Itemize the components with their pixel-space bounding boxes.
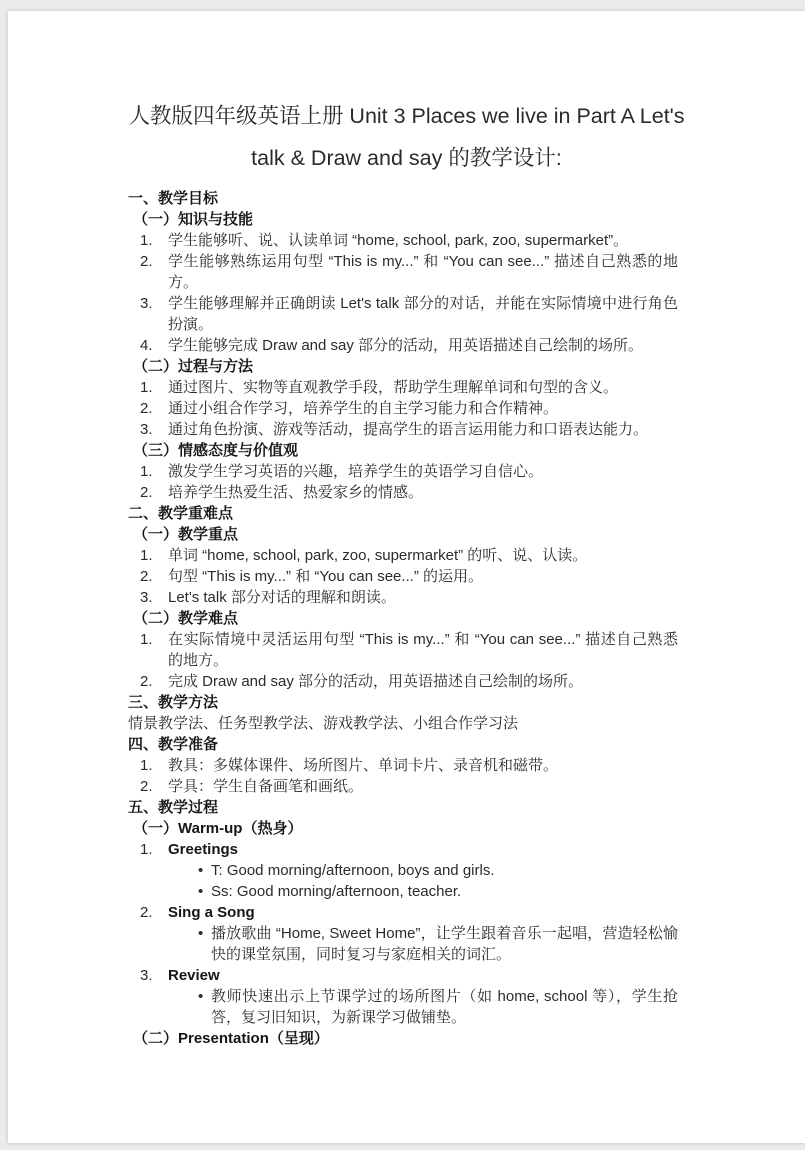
item-text: 通过角色扮演、游戏等活动，提高学生的语言运用能力和口语表达能力。: [168, 419, 678, 440]
list-number: 3.: [140, 293, 168, 335]
numbered-item: 2.学具：学生自备画笔和画纸。: [128, 776, 678, 797]
bullet-item: •T: Good morning/afternoon, boys and gir…: [128, 860, 678, 881]
list-number: 2.: [140, 566, 168, 587]
numbered-item-bold: 2.Sing a Song: [128, 902, 678, 923]
numbered-item-bold: 1.Greetings: [128, 839, 678, 860]
numbered-item: 2.培养学生热爱生活、热爱家乡的情感。: [128, 482, 678, 503]
bullet-item: •教师快速出示上节课学过的场所图片（如 home, school 等），学生抢答…: [128, 986, 678, 1028]
item-text: 通过小组合作学习，培养学生的自主学习能力和合作精神。: [168, 398, 678, 419]
list-number: 3.: [140, 587, 168, 608]
section-heading: 五、教学过程: [128, 797, 678, 818]
item-text: 单词 “home, school, park, zoo, supermarket…: [168, 545, 678, 566]
numbered-item: 1.激发学生学习英语的兴趣，培养学生的英语学习自信心。: [128, 461, 678, 482]
list-number: 3.: [140, 419, 168, 440]
list-number: 2.: [140, 398, 168, 419]
bullet-icon: •: [198, 881, 211, 902]
numbered-item-bold: 3.Review: [128, 965, 678, 986]
sub-heading: （二）教学难点: [128, 608, 678, 629]
document-page: 人教版四年级英语上册 Unit 3 Places we live in Part…: [8, 11, 805, 1143]
bullet-item: •播放歌曲 “Home, Sweet Home”，让学生跟着音乐一起唱，营造轻松…: [128, 923, 678, 965]
item-text: 培养学生热爱生活、热爱家乡的情感。: [168, 482, 678, 503]
sub-heading: （二）Presentation（呈现）: [128, 1028, 678, 1049]
item-text: 学生能够完成 Draw and say 部分的活动，用英语描述自己绘制的场所。: [168, 335, 678, 356]
item-text: Sing a Song: [168, 902, 678, 923]
item-text: 教师快速出示上节课学过的场所图片（如 home, school 等），学生抢答，…: [211, 986, 678, 1028]
numbered-item: 2.通过小组合作学习，培养学生的自主学习能力和合作精神。: [128, 398, 678, 419]
sub-heading: （一）教学重点: [128, 524, 678, 545]
list-number: 2.: [140, 902, 168, 923]
list-number: 1.: [140, 461, 168, 482]
item-text: Ss: Good morning/afternoon, teacher.: [211, 881, 678, 902]
numbered-item: 3.Let's talk 部分对话的理解和朗读。: [128, 587, 678, 608]
item-text: 学生能够听、说、认读单词 “home, school, park, zoo, s…: [168, 230, 678, 251]
item-text: Greetings: [168, 839, 678, 860]
section-heading: 二、教学重难点: [128, 503, 678, 524]
item-text: 学具：学生自备画笔和画纸。: [168, 776, 678, 797]
numbered-item: 3.通过角色扮演、游戏等活动，提高学生的语言运用能力和口语表达能力。: [128, 419, 678, 440]
list-number: 1.: [140, 755, 168, 776]
sub-heading: （一）Warm-up（热身）: [128, 818, 678, 839]
numbered-item: 1.单词 “home, school, park, zoo, supermark…: [128, 545, 678, 566]
list-number: 3.: [140, 965, 168, 986]
bullet-icon: •: [198, 986, 211, 1028]
document-body: 一、教学目标（一）知识与技能1.学生能够听、说、认读单词 “home, scho…: [8, 188, 805, 1049]
item-text: 学生能够熟练运用句型 “This is my...” 和 “You can se…: [168, 251, 678, 293]
sub-heading: （三）情感态度与价值观: [128, 440, 678, 461]
numbered-item: 2.完成 Draw and say 部分的活动，用英语描述自己绘制的场所。: [128, 671, 678, 692]
numbered-item: 2.句型 “This is my...” 和 “You can see...” …: [128, 566, 678, 587]
list-number: 4.: [140, 335, 168, 356]
numbered-item: 1.学生能够听、说、认读单词 “home, school, park, zoo,…: [128, 230, 678, 251]
numbered-item: 4.学生能够完成 Draw and say 部分的活动，用英语描述自己绘制的场所…: [128, 335, 678, 356]
sub-heading: （二）过程与方法: [128, 356, 678, 377]
numbered-item: 1.通过图片、实物等直观教学手段，帮助学生理解单词和句型的含义。: [128, 377, 678, 398]
numbered-item: 3.学生能够理解并正确朗读 Let's talk 部分的对话，并能在实际情境中进…: [128, 293, 678, 335]
numbered-item: 1.教具：多媒体课件、场所图片、单词卡片、录音机和磁带。: [128, 755, 678, 776]
section-heading: 四、教学准备: [128, 734, 678, 755]
list-number: 2.: [140, 671, 168, 692]
sub-heading: （一）知识与技能: [128, 209, 678, 230]
item-text: 教具：多媒体课件、场所图片、单词卡片、录音机和磁带。: [168, 755, 678, 776]
item-text: 激发学生学习英语的兴趣，培养学生的英语学习自信心。: [168, 461, 678, 482]
section-heading: 一、教学目标: [128, 188, 678, 209]
item-text: 学生能够理解并正确朗读 Let's talk 部分的对话，并能在实际情境中进行角…: [168, 293, 678, 335]
item-text: Let's talk 部分对话的理解和朗读。: [168, 587, 678, 608]
item-text: T: Good morning/afternoon, boys and girl…: [211, 860, 678, 881]
document-title: 人教版四年级英语上册 Unit 3 Places we live in Part…: [8, 95, 805, 179]
list-number: 2.: [140, 482, 168, 503]
numbered-item: 2.学生能够熟练运用句型 “This is my...” 和 “You can …: [128, 251, 678, 293]
list-number: 1.: [140, 230, 168, 251]
list-number: 1.: [140, 377, 168, 398]
item-text: 句型 “This is my...” 和 “You can see...” 的运…: [168, 566, 678, 587]
bullet-icon: •: [198, 923, 211, 965]
list-number: 2.: [140, 776, 168, 797]
bullet-icon: •: [198, 860, 211, 881]
item-text: Review: [168, 965, 678, 986]
list-number: 1.: [140, 629, 168, 671]
paragraph: 情景教学法、任务型教学法、游戏教学法、小组合作学习法: [128, 713, 678, 734]
section-heading: 三、教学方法: [128, 692, 678, 713]
item-text: 在实际情境中灵活运用句型 “This is my...” 和 “You can …: [168, 629, 678, 671]
item-text: 通过图片、实物等直观教学手段，帮助学生理解单词和句型的含义。: [168, 377, 678, 398]
list-number: 2.: [140, 251, 168, 293]
numbered-item: 1.在实际情境中灵活运用句型 “This is my...” 和 “You ca…: [128, 629, 678, 671]
list-number: 1.: [140, 545, 168, 566]
item-text: 播放歌曲 “Home, Sweet Home”，让学生跟着音乐一起唱，营造轻松愉…: [211, 923, 678, 965]
list-number: 1.: [140, 839, 168, 860]
bullet-item: •Ss: Good morning/afternoon, teacher.: [128, 881, 678, 902]
item-text: 完成 Draw and say 部分的活动，用英语描述自己绘制的场所。: [168, 671, 678, 692]
